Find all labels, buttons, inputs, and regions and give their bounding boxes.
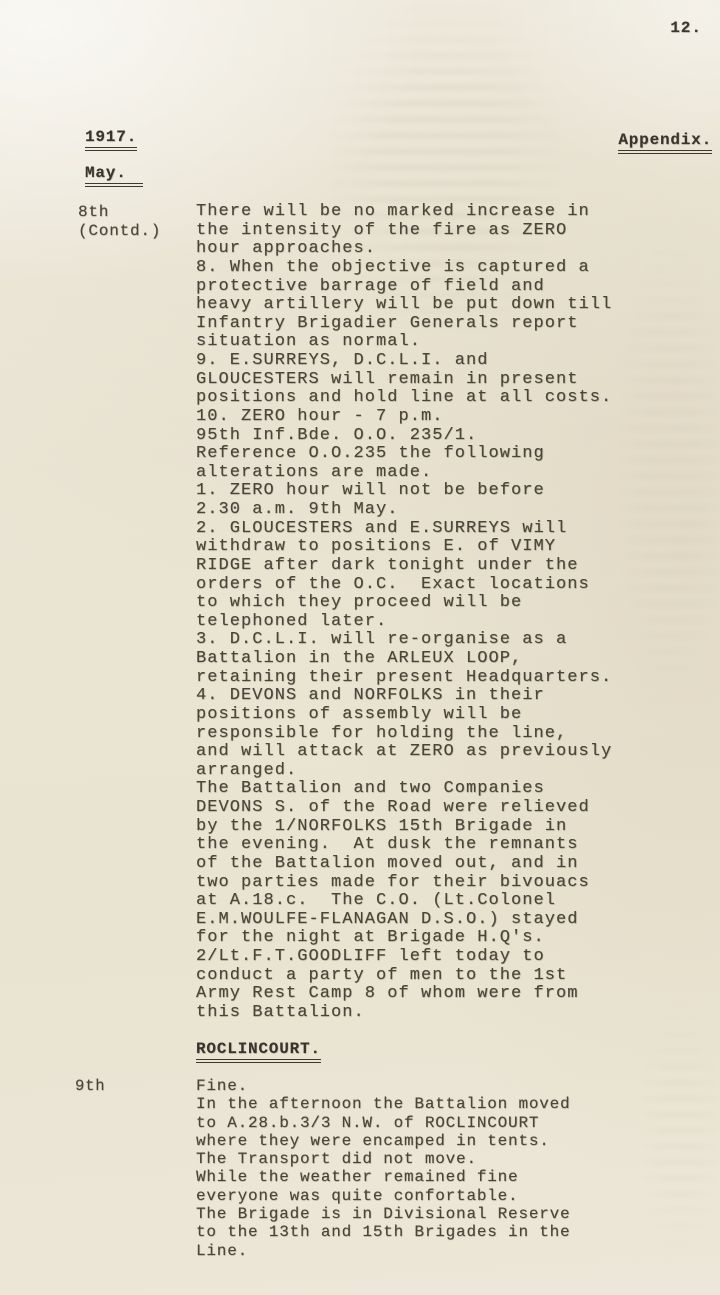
- entry-body-8th: There will be no marked increase in the …: [196, 203, 666, 1023]
- entry-date-label-9th: 9th: [75, 1077, 193, 1096]
- bleed-through-texture: [640, 1000, 720, 1260]
- appendix-label: Appendix.: [618, 131, 712, 154]
- year-heading: 1917.: [85, 128, 137, 151]
- section-heading-roclincourt: ROCLINCOURT.: [196, 1040, 321, 1063]
- page-number: 12.: [670, 19, 702, 37]
- entry-date-label-8th: 8th (Contd.): [78, 203, 196, 240]
- entry-body-9th: Fine. In the afternoon the Battalion mov…: [196, 1077, 636, 1260]
- war-diary-page: 12. 1917. Appendix. May. 8th (Contd.) Th…: [0, 0, 720, 1295]
- month-heading: May.: [85, 164, 143, 187]
